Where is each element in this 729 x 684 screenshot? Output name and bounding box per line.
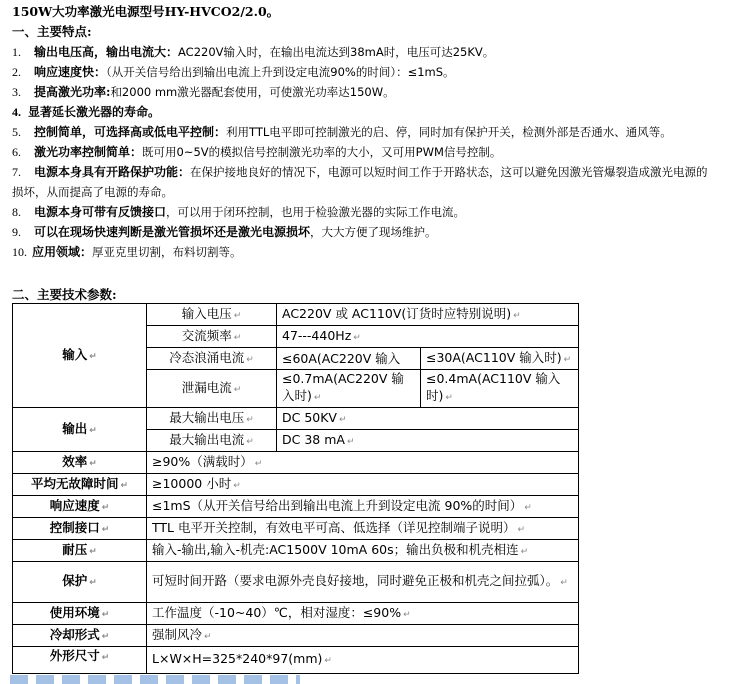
table-row: 效率↵ ≥90%（满载时）↵ — [13, 452, 579, 474]
feature-title: 响应速度快： — [34, 65, 106, 79]
sub-label: 冷态浪涌电流↵ — [147, 348, 277, 370]
feature-title: 控制简单，可选择高或低电平控制： — [34, 125, 226, 139]
feature-item: 10.应用领域：厚亚克里切割，布料切割等。 — [12, 242, 242, 262]
feature-item: 2.响应速度快：（从开关信号给出到输出电流上升到设定电流90%的时间）：≤1mS… — [12, 62, 455, 82]
feature-number: 10. — [12, 242, 32, 262]
cell-value: 47---440Hz↵ — [277, 326, 579, 348]
feature-number: 7. — [12, 162, 34, 182]
feature-number: 9. — [12, 222, 34, 242]
feature-title: 可以在现场快速判断是激光管损坏还是激光电源损坏 — [34, 225, 310, 239]
sub-label: 交流频率↵ — [147, 326, 277, 348]
sub-label: 输入电压↵ — [147, 304, 277, 326]
feature-item: 4.显著延长激光器的寿命。 — [12, 102, 160, 122]
feature-item: 1.输出电压高，输出电流大：AC220V输入时，在输出电流达到38mA时，电压可… — [12, 42, 494, 62]
table-row: 冷却形式↵ 强制风冷↵ — [13, 625, 579, 647]
feature-item: 5.控制简单，可选择高或低电平控制：利用TTL电平即可控制激光的启、停，同时加有… — [12, 122, 672, 142]
cell-value: ≤30A(AC110V 输入时)↵ — [421, 348, 579, 370]
cell-value: ≥90%（满载时）↵ — [147, 452, 579, 474]
cell-value: ≤0.7mA(AC220V 输入时)↵ — [277, 370, 421, 408]
feature-number: 2. — [12, 62, 34, 82]
feature-title: 电源本身具有开路保护功能： — [34, 165, 190, 179]
cell-value: ≥10000 小时↵ — [147, 474, 579, 496]
feature-title: 输出电压高，输出电流大： — [34, 45, 178, 59]
row-label: 控制接口↵ — [13, 518, 147, 540]
table-row: 耐压↵ 输入-输出,输入-机壳:AC1500V 10mA 60s；输出负极和机壳… — [13, 540, 579, 562]
row-label: 外形尺寸↵ — [13, 647, 147, 674]
feature-text: 和2000 mm激光器配套使用，可使激光功率达150W。 — [110, 85, 394, 99]
row-label: 响应速度↵ — [13, 496, 147, 518]
row-label: 保护↵ — [13, 562, 147, 603]
row-label: 耐压↵ — [13, 540, 147, 562]
feature-title: 应用领域： — [32, 245, 92, 259]
table-row: 输出↵ 最大输出电压↵ DC 50KV↵ — [13, 408, 579, 430]
feature-text: 既可用0~5V的模拟信号控制激光功率的大小，又可用PWM信号控制。 — [142, 145, 501, 159]
feature-text: （从开关信号给出到输出电流上升到设定电流90%的时间）：≤1mS。 — [106, 65, 455, 79]
feature-text: 利用TTL电平即可控制激光的启、停，同时加有保护开关，检测外部是否通水、通风等。 — [226, 125, 672, 139]
row-label: 效率↵ — [13, 452, 147, 474]
table-row: 保护↵ 可短时间开路（要求电源外壳良好接地，同时避免正极和机壳之间拉弧）。↵ — [13, 562, 579, 603]
row-label-output: 输出↵ — [13, 408, 147, 452]
cell-value: 可短时间开路（要求电源外壳良好接地，同时避免正极和机壳之间拉弧）。↵ — [147, 562, 579, 603]
spec-table: 输入↵ 输入电压↵ AC220V 或 AC110V(订货时应特别说明)↵ 交流频… — [12, 303, 579, 674]
feature-item: 6.激光功率控制简单：既可用0~5V的模拟信号控制激光功率的大小，又可用PWM信… — [12, 142, 501, 162]
cell-value: DC 50KV↵ — [277, 408, 579, 430]
feature-title: 激光功率控制简单： — [34, 145, 142, 159]
feature-text: ，可以用于闭环控制，也用于检验激光器的实际工作电流。 — [166, 205, 465, 219]
row-label: 冷却形式↵ — [13, 625, 147, 647]
feature-title: 电源本身可带有反馈接口 — [34, 205, 166, 219]
feature-number: 5. — [12, 122, 34, 142]
feature-number: 8. — [12, 202, 34, 222]
cell-value: AC220V 或 AC110V(订货时应特别说明)↵ — [277, 304, 579, 326]
cell-value: TTL 电平开关控制，有效电平可高、低选择（详见控制端子说明）↵ — [147, 518, 579, 540]
cell-value: ≤0.4mA(AC110V 输入时)↵ — [421, 370, 579, 408]
table-row: 平均无故障时间↵ ≥10000 小时↵ — [13, 474, 579, 496]
section-heading-specs: 二、主要技术参数: — [12, 285, 117, 303]
document-title: 150W大功率激光电源型号HY-HVCO2/2.0。 — [12, 2, 279, 22]
cell-value: 输入-输出,输入-机壳:AC1500V 10mA 60s；输出负极和机壳相连↵ — [147, 540, 579, 562]
feature-item: 8.电源本身可带有反馈接口，可以用于闭环控制，也用于检验激光器的实际工作电流。 — [12, 202, 465, 222]
feature-text: ，大大方便了现场维护。 — [310, 225, 437, 239]
feature-text: AC220V输入时，在输出电流达到38mA时，电压可达25KV。 — [178, 45, 494, 59]
feature-item: 7.电源本身具有开路保护功能：在保护接地良好的情况下，电源可以短时间工作于开路状… — [12, 162, 712, 202]
feature-item: 9.可以在现场快速判断是激光管损坏还是激光电源损坏，大大方便了现场维护。 — [12, 222, 437, 242]
table-row: 输入↵ 输入电压↵ AC220V 或 AC110V(订货时应特别说明)↵ — [13, 304, 579, 326]
cell-value: L×W×H=325*240*97(mm)↵ — [147, 647, 579, 674]
table-row: 外形尺寸↵ L×W×H=325*240*97(mm)↵ — [13, 647, 579, 674]
feature-number: 3. — [12, 82, 34, 102]
feature-text: 厚亚克里切割，布料切割等。 — [92, 245, 242, 259]
cell-value: ≤1mS（从开关信号给出到输出电流上升到设定电流 90%的时间）↵ — [147, 496, 579, 518]
feature-number: 6. — [12, 142, 34, 162]
feature-number: 1. — [12, 42, 34, 62]
row-label: 平均无故障时间↵ — [13, 474, 147, 496]
feature-title: 提高激光功率: — [34, 85, 110, 99]
sub-label: 泄漏电流↵ — [147, 370, 277, 408]
cell-value: 强制风冷↵ — [147, 625, 579, 647]
table-row: 使用环境↵ 工作温度（-10~40）℃，相对湿度：≤90%↵ — [13, 603, 579, 625]
sub-label: 最大输出电流↵ — [147, 430, 277, 452]
cell-value: ≤60A(AC220V 输入 — [277, 348, 421, 370]
feature-number: 4. — [12, 102, 28, 122]
sub-label: 最大输出电压↵ — [147, 408, 277, 430]
cropped-heading-fragment — [0, 675, 729, 684]
cell-value: 工作温度（-10~40）℃，相对湿度：≤90%↵ — [147, 603, 579, 625]
table-row: 响应速度↵ ≤1mS（从开关信号给出到输出电流上升到设定电流 90%的时间）↵ — [13, 496, 579, 518]
feature-title: 显著延长激光器的寿命。 — [28, 105, 160, 119]
cell-value: DC 38 mA↵ — [277, 430, 579, 452]
table-row: 控制接口↵ TTL 电平开关控制，有效电平可高、低选择（详见控制端子说明）↵ — [13, 518, 579, 540]
section-heading-features: 一、主要特点: — [12, 22, 92, 42]
feature-item: 3.提高激光功率:和2000 mm激光器配套使用，可使激光功率达150W。 — [12, 82, 395, 102]
row-label-input: 输入↵ — [13, 304, 147, 408]
row-label: 使用环境↵ — [13, 603, 147, 625]
